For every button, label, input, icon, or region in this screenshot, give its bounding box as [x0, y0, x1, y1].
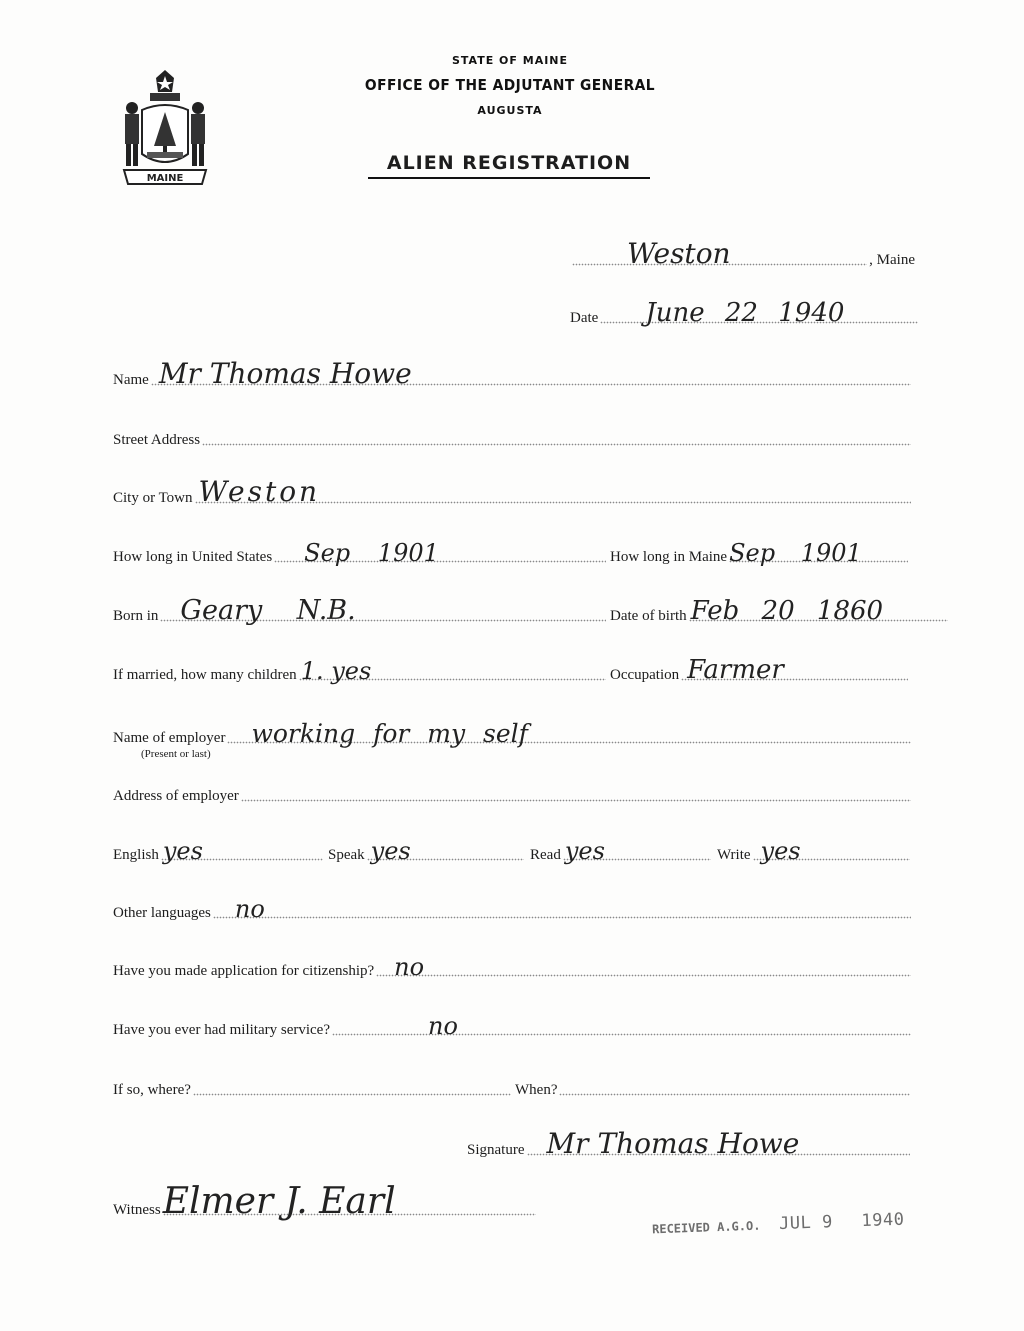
other-languages-field[interactable]: Other languages no [113, 893, 913, 923]
town-field[interactable]: Weston , Maine [570, 240, 915, 270]
read-label: Read [530, 848, 561, 865]
read-value: yes [565, 839, 605, 863]
children-value: 1. yes [301, 659, 372, 683]
date-value: June 22 1940 [645, 300, 844, 326]
write-label: Write [717, 848, 751, 865]
name-field[interactable]: Name Mr Thomas Howe [113, 360, 913, 390]
name-value: Mr Thomas Howe [159, 360, 412, 388]
read-field[interactable]: Read yes [530, 835, 713, 865]
write-value: yes [761, 839, 801, 863]
city-value: Weston [199, 478, 321, 506]
how-long-maine-label: How long in Maine [610, 550, 727, 567]
city-heading: AUGUSTA [330, 104, 690, 117]
occupation-value: Farmer [687, 657, 784, 683]
state-heading: STATE OF MAINE [330, 54, 690, 67]
signature-label: Signature [467, 1143, 525, 1160]
street-address-label: Street Address [113, 433, 200, 450]
date-of-birth-label: Date of birth [610, 609, 687, 626]
how-long-us-label: How long in United States [113, 550, 272, 567]
office-heading: OFFICE OF THE ADJUTANT GENERAL [344, 76, 675, 94]
employer-address-field[interactable]: Address of employer [113, 776, 913, 806]
stamp-prefix: RECEIVED A.G.O. [652, 1219, 761, 1237]
form-title: ALIEN REGISTRATION [368, 152, 650, 179]
occupation-field[interactable]: Occupation Farmer [610, 655, 910, 685]
how-long-maine-value: Sep 1901 [729, 541, 862, 565]
military-service-label: Have you ever had military service? [113, 1023, 330, 1040]
employer-value: working for my self [251, 721, 527, 746]
speak-value: yes [371, 839, 411, 863]
citizenship-field[interactable]: Have you made application for citizenshi… [113, 951, 913, 981]
maine-label: , Maine [869, 253, 915, 270]
occupation-label: Occupation [610, 668, 679, 685]
children-field[interactable]: If married, how many children 1. yes [113, 655, 608, 685]
speak-field[interactable]: Speak yes [328, 835, 526, 865]
date-of-birth-field[interactable]: Date of birth Feb 20 1860 [610, 596, 950, 626]
born-in-value: Geary N.B. [180, 597, 355, 624]
how-long-us-field[interactable]: How long in United States Sep 1901 [113, 537, 608, 567]
how-long-maine-field[interactable]: How long in Maine Sep 1901 [610, 537, 910, 567]
street-address-field[interactable]: Street Address [113, 420, 913, 450]
where-label: If so, where? [113, 1083, 191, 1100]
date-of-birth-value: Feb 20 1860 [691, 598, 883, 624]
signature-field[interactable]: Signature Mr Thomas Howe [467, 1130, 912, 1160]
stamp-year: 1940 [861, 1210, 905, 1231]
employer-label: Name of employer [113, 731, 225, 748]
military-service-field[interactable]: Have you ever had military service? no [113, 1010, 913, 1040]
military-service-value: no [428, 1014, 458, 1038]
name-label: Name [113, 373, 149, 390]
english-field[interactable]: English yes [113, 835, 325, 865]
employer-field[interactable]: Name of employer (Present or last) worki… [113, 718, 913, 748]
when-label: When? [515, 1083, 557, 1100]
other-languages-label: Other languages [113, 906, 211, 923]
write-field[interactable]: Write yes [717, 835, 912, 865]
employer-sublabel: (Present or last) [141, 748, 211, 760]
citizenship-value: no [394, 955, 424, 979]
witness-value: Elmer J. Earl [163, 1184, 396, 1220]
city-field[interactable]: City or Town Weston [113, 478, 913, 508]
stamp-date: JUL 9 [779, 1212, 833, 1234]
born-in-label: Born in [113, 609, 158, 626]
city-label: City or Town [113, 491, 193, 508]
born-in-field[interactable]: Born in Geary N.B. [113, 596, 608, 626]
other-languages-value: no [235, 897, 265, 921]
witness-field[interactable]: Witness Elmer J. Earl [113, 1190, 538, 1220]
when-field[interactable]: When? [515, 1070, 912, 1100]
how-long-us-value: Sep 1901 [304, 541, 439, 565]
date-label: Date [570, 311, 598, 328]
english-label: English [113, 848, 159, 865]
signature-value: Mr Thomas Howe [547, 1130, 800, 1158]
maine-state-seal-icon: MAINE [112, 66, 218, 196]
english-value: yes [163, 839, 203, 863]
speak-label: Speak [328, 848, 365, 865]
citizenship-label: Have you made application for citizenshi… [113, 964, 374, 981]
children-label: If married, how many children [113, 668, 297, 685]
where-field[interactable]: If so, where? [113, 1070, 513, 1100]
witness-label: Witness [113, 1203, 161, 1220]
town-value: Weston [627, 240, 731, 268]
employer-address-label: Address of employer [113, 789, 239, 806]
date-field[interactable]: Date June 22 1940 [570, 298, 920, 328]
svg-text:MAINE: MAINE [147, 173, 184, 184]
received-stamp: RECEIVED A.G.O. JUL 9 1940 [652, 1210, 905, 1239]
